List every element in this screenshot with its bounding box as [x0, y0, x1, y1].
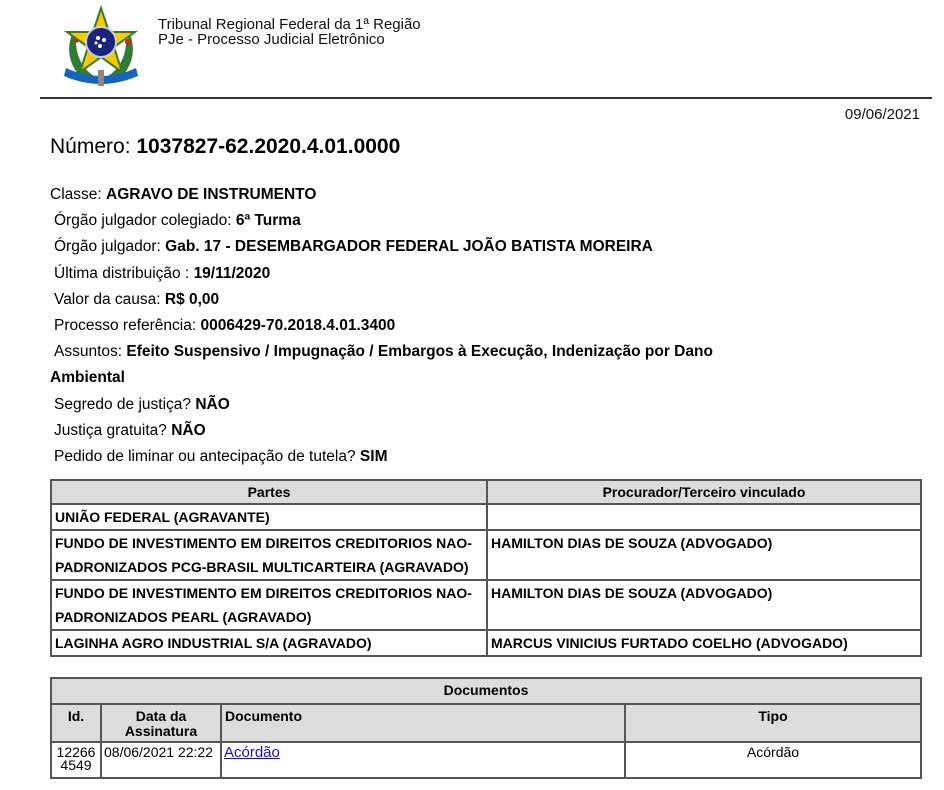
column-header-tipo: Tipo [625, 704, 921, 742]
table-row: UNIÃO FEDERAL (AGRAVANTE) [51, 504, 921, 530]
process-number: Número: 1037827-62.2020.4.01.0000 [50, 135, 400, 159]
table-row: FUNDO DE INVESTIMENTO EM DIREITOS CREDIT… [51, 580, 921, 630]
header-org: Tribunal Regional Federal da 1ª Região P… [158, 17, 421, 47]
documentos-title-row: Documentos [51, 678, 921, 704]
field-label: Última distribuição : [54, 265, 189, 282]
field-valor-causa: Valor da causa: R$ 0,00 [50, 287, 713, 313]
field-value: Efeito Suspensivo / Impugnação / Embargo… [126, 343, 713, 360]
field-orgao-julgador: Órgão julgador: Gab. 17 - DESEMBARGADOR … [50, 234, 713, 260]
brazil-coat-of-arms-icon [58, 4, 144, 92]
field-label: Valor da causa: [54, 291, 161, 308]
org-name: Tribunal Regional Federal da 1ª Região [158, 17, 421, 32]
procurador-cell: MARCUS VINICIUS FURTADO COELHO (ADVOGADO… [487, 630, 921, 656]
field-label: Órgão julgador colegiado: [54, 212, 232, 229]
field-assuntos-cont: Ambiental [50, 365, 713, 391]
procurador-cell: HAMILTON DIAS DE SOUZA (ADVOGADO) [487, 580, 921, 630]
field-value: Ambiental [50, 369, 125, 386]
field-value: 6ª Turma [236, 212, 301, 229]
documentos-header-row: Id. Data da Assinatura Documento Tipo [51, 704, 921, 742]
partes-header-row: Partes Procurador/Terceiro vinculado [51, 480, 921, 504]
field-ultima-distribuicao: Última distribuição : 19/11/2020 [50, 261, 713, 287]
field-segredo-justica: Segredo de justiça? NÃO [50, 392, 713, 418]
procurador-cell: HAMILTON DIAS DE SOUZA (ADVOGADO) [487, 530, 921, 580]
field-pedido-liminar: Pedido de liminar ou antecipação de tute… [50, 444, 713, 470]
column-header-documento: Documento [221, 704, 625, 742]
field-orgao-colegiado: Órgão julgador colegiado: 6ª Turma [50, 208, 713, 234]
field-label: Justiça gratuita? [54, 422, 167, 439]
field-assuntos: Assuntos: Efeito Suspensivo / Impugnação… [50, 339, 713, 365]
document-link[interactable]: Acórdão [224, 744, 280, 761]
field-value: AGRAVO DE INSTRUMENTO [106, 186, 316, 203]
column-header-id: Id. [51, 704, 101, 742]
system-name: PJe - Processo Judicial Eletrônico [158, 32, 421, 47]
table-row: LAGINHA AGRO INDUSTRIAL S/A (AGRAVADO) M… [51, 630, 921, 656]
field-label: Classe: [50, 186, 102, 203]
documentos-title: Documentos [51, 678, 921, 704]
header-divider [40, 97, 932, 99]
field-label: Órgão julgador: [54, 238, 161, 255]
field-value: NÃO [171, 422, 205, 439]
document-date: 09/06/2021 [845, 106, 920, 123]
field-label: Pedido de liminar ou antecipação de tute… [54, 448, 356, 465]
field-justica-gratuita: Justiça gratuita? NÃO [50, 418, 713, 444]
column-header-partes: Partes [51, 480, 487, 504]
parte-cell: FUNDO DE INVESTIMENTO EM DIREITOS CREDIT… [51, 530, 487, 580]
document-type: Acórdão [625, 742, 921, 778]
field-label: Assuntos: [54, 343, 122, 360]
documentos-table: Documentos Id. Data da Assinatura Docume… [50, 677, 922, 779]
field-value: 19/11/2020 [194, 265, 271, 282]
process-number-value: 1037827-62.2020.4.01.0000 [136, 135, 400, 158]
field-classe: Classe: AGRAVO DE INSTRUMENTO [50, 182, 713, 208]
document-date: 08/06/2021 22:22 [101, 742, 221, 778]
document-id: 122664549 [51, 742, 101, 778]
process-fields: Classe: AGRAVO DE INSTRUMENTO Órgão julg… [50, 182, 713, 470]
parte-cell: UNIÃO FEDERAL (AGRAVANTE) [51, 504, 487, 530]
field-value: SIM [360, 448, 388, 465]
field-value: 0006429-70.2018.4.01.3400 [200, 317, 395, 334]
field-label: Segredo de justiça? [54, 396, 191, 413]
field-label: Processo referência: [54, 317, 196, 334]
parte-cell: FUNDO DE INVESTIMENTO EM DIREITOS CREDIT… [51, 580, 487, 630]
partes-table: Partes Procurador/Terceiro vinculado UNI… [50, 479, 922, 657]
field-processo-referencia: Processo referência: 0006429-70.2018.4.0… [50, 313, 713, 339]
table-row: 122664549 08/06/2021 22:22 Acórdão Acórd… [51, 742, 921, 778]
field-value: NÃO [195, 396, 229, 413]
process-number-label: Número: [50, 135, 131, 158]
column-header-procurador: Procurador/Terceiro vinculado [487, 480, 921, 504]
parte-cell: LAGINHA AGRO INDUSTRIAL S/A (AGRAVADO) [51, 630, 487, 656]
procurador-cell [487, 504, 921, 530]
column-header-data: Data da Assinatura [101, 704, 221, 742]
field-value: Gab. 17 - DESEMBARGADOR FEDERAL JOÃO BAT… [165, 238, 653, 255]
table-row: FUNDO DE INVESTIMENTO EM DIREITOS CREDIT… [51, 530, 921, 580]
field-value: R$ 0,00 [165, 291, 219, 308]
